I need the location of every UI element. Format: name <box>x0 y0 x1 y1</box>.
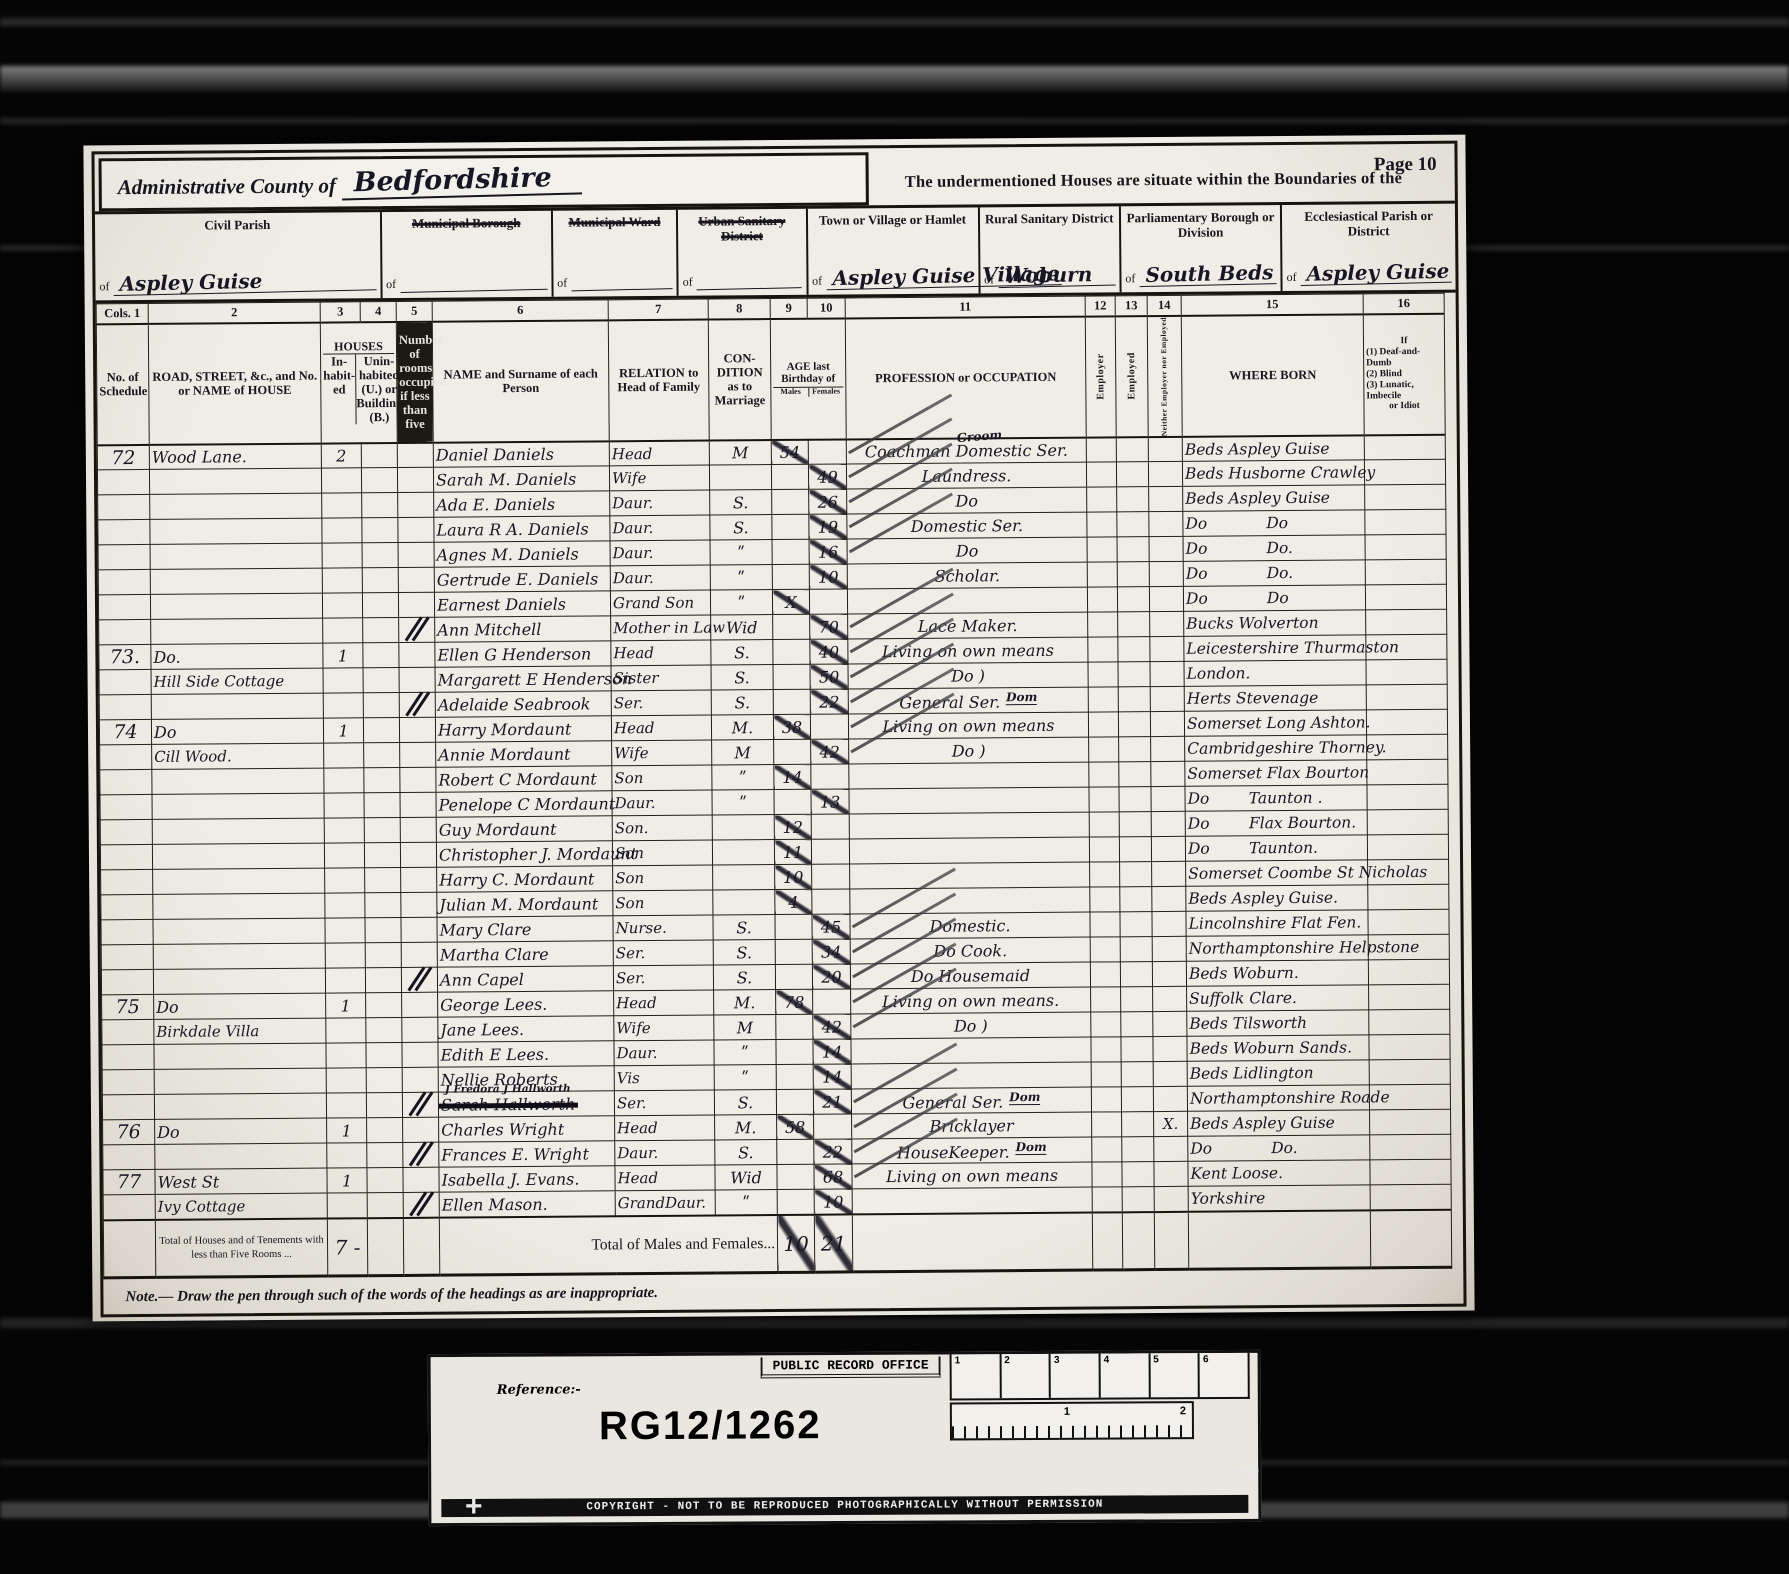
neither-cell <box>1150 687 1184 712</box>
address <box>150 568 322 594</box>
houses-uninhabited <box>365 918 401 943</box>
age-female: 42 <box>811 739 849 764</box>
age-male: 4 <box>775 890 812 915</box>
age-male <box>774 790 811 815</box>
males-females-label: Total of Males and Females... <box>439 1215 777 1276</box>
rooms-tally-mark <box>410 693 425 717</box>
rooms-cell <box>403 1117 439 1142</box>
marriage-condition: S. <box>713 915 775 940</box>
houses-uninhabited <box>366 1043 402 1068</box>
houses-inhabited <box>322 493 362 518</box>
marriage-condition <box>713 865 775 890</box>
houses-total-value: 7 - <box>327 1218 367 1276</box>
marriage-condition: M <box>712 740 774 765</box>
employed-cell <box>1122 1112 1154 1137</box>
where-born: Beds Woburn Sands. <box>1187 1035 1369 1061</box>
neither-cell <box>1150 662 1184 687</box>
houses-uninhabited <box>364 818 400 843</box>
col-header-name: NAME and Surname of each Person <box>432 320 609 443</box>
where-born: Somerset Coombe St Nicholas <box>1186 860 1368 886</box>
col-header-infirmity: If (1) Deaf-and-Dumb (2) Blind (3) Lunat… <box>1363 313 1445 435</box>
person-name: Christopher J. Mordaunt <box>436 841 612 867</box>
age-male <box>772 490 809 515</box>
marriage-condition <box>713 890 775 915</box>
age-male: 10 <box>775 865 812 890</box>
occupation: Do <box>847 537 1087 564</box>
rooms-cell <box>402 992 438 1017</box>
column-number: 7 <box>608 299 708 320</box>
infirmity-cell <box>1369 1060 1450 1086</box>
schedule-number <box>102 1070 154 1095</box>
neither-cell <box>1151 812 1185 837</box>
empty-cell <box>367 1218 403 1276</box>
houses-uninhabited <box>361 468 397 493</box>
infirmity-cell <box>1366 710 1447 736</box>
age-female: 68 <box>814 1164 852 1189</box>
column-number: 5 <box>396 301 432 321</box>
employed-cell <box>1117 562 1149 587</box>
infirmity-cell <box>1365 510 1446 536</box>
column-number: 10 <box>807 298 845 318</box>
column-number: 4 <box>360 301 396 321</box>
schedule-number <box>100 795 152 820</box>
address <box>152 843 324 869</box>
schedule-number <box>98 520 150 545</box>
where-born: Somerset Long Ashton. <box>1184 710 1366 736</box>
age-female: 14 <box>813 1039 851 1064</box>
relation-to-head: Son <box>612 840 712 866</box>
age-male: 58 <box>777 1115 814 1140</box>
district-box: Municipal Boroughof <box>382 211 554 298</box>
where-born: Cambridgeshire Thorney. <box>1185 735 1367 761</box>
houses-uninhabited <box>365 968 401 993</box>
marriage-condition: Wid <box>715 1165 777 1190</box>
schedule-number <box>101 920 153 945</box>
district-box: Civil ParishofAspley Guise <box>95 212 382 300</box>
person-name: Julian M. Mordaunt <box>437 891 613 917</box>
infirmity-cell <box>1368 935 1449 961</box>
where-born: Do Taunton . <box>1185 785 1367 811</box>
houses-uninhabited <box>367 1193 403 1218</box>
marriage-condition: S. <box>711 640 773 665</box>
rooms-cell <box>399 692 435 717</box>
address <box>154 1068 326 1094</box>
relation-to-head: Ser. <box>614 1090 714 1116</box>
where-born: Beds Woburn. <box>1186 960 1368 986</box>
col-header-employer: Employer <box>1085 316 1116 438</box>
rooms-cell <box>402 1067 438 1092</box>
address <box>151 693 323 719</box>
houses-uninhabited <box>365 893 401 918</box>
column-number: 13 <box>1115 296 1147 316</box>
neither-cell <box>1151 762 1185 787</box>
person-name: J Fredora J HallworthSarah Hallworth <box>438 1091 614 1117</box>
employed-cell <box>1121 1037 1153 1062</box>
rooms-cell <box>402 1092 438 1117</box>
rooms-tally-mark <box>413 1143 428 1167</box>
age-male <box>773 665 810 690</box>
infirmity-cell <box>1369 985 1450 1011</box>
employer-cell <box>1091 1062 1121 1087</box>
employer-cell <box>1092 1162 1122 1187</box>
film-streak <box>0 118 1789 124</box>
district-value: ofAspley Guise Village <box>812 265 974 288</box>
column-number: Cols. 1 <box>96 303 148 323</box>
marriage-condition: Wid <box>711 615 773 640</box>
houses-inhabited <box>326 1043 366 1068</box>
houses-inhabited <box>325 943 365 968</box>
neither-cell <box>1149 562 1183 587</box>
col-header-employed: Employed <box>1115 316 1148 438</box>
occupation: Do ) <box>849 737 1089 764</box>
column-number: 8 <box>708 299 770 319</box>
person-name: Daniel Daniels <box>433 441 609 467</box>
marriage-condition: ʺ <box>710 565 772 590</box>
age-male <box>772 515 809 540</box>
houses-total-label: Total of Houses and of Tenements with le… <box>155 1218 327 1277</box>
empty-cell <box>403 1217 439 1275</box>
district-label: Town or Village or Hamlet <box>812 212 974 228</box>
where-born: Beds Husborne Crawley <box>1182 460 1364 486</box>
neither-cell <box>1154 1187 1188 1212</box>
person-name: Mary Clare <box>437 916 613 942</box>
schedule-number: 75 <box>102 995 154 1020</box>
employer-cell <box>1088 637 1118 662</box>
age-female: 20 <box>812 964 850 989</box>
relation-to-head: Son <box>612 765 712 791</box>
employer-cell <box>1087 487 1117 512</box>
person-name: Laura R A. Daniels <box>434 516 610 542</box>
col-header-where-born: WHERE BORN <box>1181 314 1364 437</box>
age-male: 54 <box>771 440 808 465</box>
film-streak <box>0 66 1789 92</box>
address: Ivy Cottage <box>155 1193 327 1219</box>
age-female: 49 <box>808 464 846 489</box>
age-male <box>773 640 810 665</box>
rooms-cell <box>399 617 435 642</box>
district-value: ofAspley Guise <box>1286 262 1451 285</box>
relation-to-head: Daur. <box>610 515 710 541</box>
employer-cell <box>1091 1012 1121 1037</box>
employed-cell <box>1117 512 1149 537</box>
employer-cell <box>1092 1137 1122 1162</box>
age-female: 14 <box>813 1064 851 1089</box>
schedule-number <box>98 570 150 595</box>
houses-inhabited <box>324 768 364 793</box>
occupation: Scholar. <box>847 562 1087 589</box>
infirmity-cell <box>1370 1185 1451 1211</box>
administrative-county-box: Administrative County of Bedfordshire <box>99 152 869 211</box>
where-born: Do Do. <box>1183 535 1365 561</box>
where-born: Northamptonshire Helpstone <box>1186 935 1368 961</box>
age-male: 14 <box>774 765 811 790</box>
person-name: Ann Capel <box>437 966 613 992</box>
marriage-condition: ʺ <box>712 765 774 790</box>
rooms-cell <box>400 742 436 767</box>
form-frame: Administrative County of Bedfordshire Th… <box>91 141 1466 1318</box>
age-female <box>814 1114 852 1139</box>
where-born: Kent Loose. <box>1188 1160 1370 1186</box>
ruler-number: 2 <box>1180 1405 1186 1417</box>
person-name: Margarett E Henderson <box>435 666 611 692</box>
address <box>153 968 325 994</box>
schedule-number <box>101 945 153 970</box>
neither-cell <box>1150 612 1184 637</box>
occupation-domestic-note: Dom <box>1006 690 1037 705</box>
person-name: Frances E. Wright <box>439 1141 615 1167</box>
age-male <box>777 1190 814 1215</box>
relation-to-head: Sister <box>611 665 711 691</box>
houses-uninhabited <box>362 518 398 543</box>
where-born: Northamptonshire Roade <box>1187 1085 1369 1111</box>
houses-uninhabited <box>364 793 400 818</box>
age-male <box>776 1040 813 1065</box>
address: Wood Lane. <box>149 443 321 469</box>
address <box>151 618 323 644</box>
houses-inhabited <box>326 1093 366 1118</box>
registration-mark: + <box>465 1490 483 1524</box>
relation-to-head: Head <box>614 990 714 1016</box>
houses-inhabited <box>325 968 365 993</box>
address <box>153 893 325 919</box>
age-female: 22 <box>810 689 848 714</box>
age-female: 70 <box>810 614 848 639</box>
employed-cell <box>1120 962 1152 987</box>
houses-inhabited <box>323 668 363 693</box>
where-born: Lincolnshire Flat Fen. <box>1186 910 1368 936</box>
infirmity-cell <box>1365 535 1446 561</box>
address: Cill Wood. <box>152 743 324 769</box>
infirmity-cell <box>1368 885 1449 911</box>
infirmity-cell <box>1367 810 1448 836</box>
houses-inhabited: 1 <box>323 718 363 743</box>
person-name-struck: Sarah Hallworth <box>441 1094 576 1114</box>
houses-inhabited <box>324 843 364 868</box>
where-born: Suffolk Clare. <box>1187 985 1369 1011</box>
relation-to-head: Head <box>609 440 709 466</box>
where-born: Yorkshire <box>1188 1185 1370 1211</box>
empty-cell <box>1188 1210 1370 1269</box>
column-number: 3 <box>320 302 360 322</box>
age-male: 38 <box>773 715 810 740</box>
marriage-condition: ʺ <box>714 1040 776 1065</box>
neither-cell <box>1149 487 1183 512</box>
houses-uninhabited <box>366 993 402 1018</box>
neither-cell <box>1152 962 1186 987</box>
census-table-body: 72Wood Lane.2Daniel DanielsHeadM54GroomC… <box>97 435 1451 1221</box>
age-female <box>811 764 849 789</box>
form-topbar: Administrative County of Bedfordshire Th… <box>94 144 1454 215</box>
rooms-cell <box>399 717 435 742</box>
infirmity-cell <box>1364 460 1445 486</box>
public-record-office-label: PUBLIC RECORD OFFICE <box>761 1356 941 1378</box>
relation-to-head: GrandDaur. <box>615 1190 715 1216</box>
marriage-condition: S. <box>714 1090 776 1115</box>
person-name: Agnes M. Daniels <box>434 541 610 567</box>
marriage-condition: S. <box>713 940 775 965</box>
males-total: 10 <box>777 1215 814 1273</box>
neither-cell <box>1152 887 1186 912</box>
ruler-number: 1 <box>1064 1406 1070 1418</box>
address <box>153 918 325 944</box>
address <box>152 793 324 819</box>
rooms-cell <box>398 543 434 568</box>
district-label: Rural Sanitary District <box>984 211 1115 227</box>
rooms-cell <box>400 767 436 792</box>
person-name: Sarah M. Daniels <box>433 466 609 492</box>
relation-to-head: Daur. <box>615 1140 715 1166</box>
where-born: Do Do. <box>1183 560 1365 586</box>
where-born: Beds Aspley Guise <box>1182 435 1364 461</box>
occupation: Living on own means <box>852 1162 1092 1189</box>
employed-cell <box>1122 1162 1154 1187</box>
houses-uninhabited <box>364 743 400 768</box>
houses-inhabited <box>322 518 362 543</box>
undermentioned-text: The undermentioned Houses are situate wi… <box>868 144 1402 205</box>
neither-cell <box>1150 637 1184 662</box>
marriage-condition: ʺ <box>715 1190 777 1215</box>
rooms-cell <box>401 967 437 992</box>
age-female <box>812 889 850 914</box>
district-box: Rural Sanitary DistrictofWoburn <box>979 206 1121 293</box>
schedule-number <box>102 1020 154 1045</box>
person-name: Charles Wright <box>439 1116 615 1142</box>
where-born: Do Do. <box>1188 1135 1370 1161</box>
reference-number: RG12/1262 <box>599 1403 822 1449</box>
occupation-domestic-note: Dom <box>1016 1140 1047 1155</box>
microfilm-background: Administrative County of Bedfordshire Th… <box>0 0 1789 1574</box>
schedule-number <box>99 620 151 645</box>
infirmity-cell <box>1367 785 1448 811</box>
totals-margin <box>103 1220 155 1278</box>
infirmity-cell <box>1367 835 1448 861</box>
infirmity-cell <box>1368 910 1449 936</box>
registration-mark: + <box>1242 1455 1260 1489</box>
age-male <box>771 465 808 490</box>
district-box: Ecclesiastical Parish or DistrictofAsple… <box>1282 204 1456 291</box>
houses-inhabited <box>326 1068 366 1093</box>
infirmity-cell <box>1367 760 1448 786</box>
page-number: Page 10 <box>1374 154 1437 176</box>
col-header-schedule: No. of Schedule <box>96 323 149 445</box>
col-header-road: ROAD, STREET, &c., and No. or NAME of HO… <box>148 322 321 445</box>
age-male: 12 <box>774 815 811 840</box>
column-number: 15 <box>1181 294 1363 315</box>
admin-county-label: Administrative County of <box>118 173 336 200</box>
infirmity-cell <box>1370 1160 1451 1186</box>
schedule-number <box>98 595 150 620</box>
employed-cell <box>1120 887 1152 912</box>
relation-to-head: Wife <box>609 465 709 491</box>
person-name: Gertrude E. Daniels <box>434 566 610 592</box>
houses-uninhabited <box>367 1118 403 1143</box>
houses-inhabited <box>325 918 365 943</box>
rooms-tally-mark <box>414 1193 429 1217</box>
district-label: Ecclesiastical Parish or District <box>1286 209 1451 240</box>
ruler-number: 4 <box>1101 1353 1151 1397</box>
pro-reference-strip: PUBLIC RECORD OFFICE Reference:- RG12/12… <box>428 1350 1262 1526</box>
houses-uninhabited <box>363 668 399 693</box>
reference-label: Reference:- <box>497 1382 581 1397</box>
houses-uninhabited <box>362 568 398 593</box>
rooms-cell <box>399 667 435 692</box>
infirmity-cell <box>1367 735 1448 761</box>
age-female: 13 <box>811 789 849 814</box>
employer-cell <box>1086 437 1116 462</box>
where-born: Beds Tilsworth <box>1187 1010 1369 1036</box>
age-female <box>810 714 848 739</box>
col-header-occupation: PROFESSION or OCCUPATION <box>845 316 1086 439</box>
district-box: Town or Village or HamletofAspley Guise … <box>807 207 980 294</box>
rooms-cell <box>403 1142 439 1167</box>
relation-to-head: Daur. <box>610 490 710 516</box>
neither-cell <box>1153 1062 1187 1087</box>
age-female <box>812 864 850 889</box>
houses-uninhabited <box>363 693 399 718</box>
address <box>149 468 321 494</box>
marriage-condition: ʺ <box>714 1065 776 1090</box>
age-male <box>776 1090 813 1115</box>
col-header-condition: CON-DITION as to Marriage <box>708 319 771 441</box>
infirmity-cell <box>1364 435 1445 461</box>
infirmity-cell <box>1366 635 1447 661</box>
ruler-scale-bottom: 1 2 <box>950 1401 1194 1440</box>
females-total: 21 <box>814 1214 852 1272</box>
address <box>155 1143 327 1169</box>
district-value: of <box>386 276 547 292</box>
ruler-number: 5 <box>1150 1353 1200 1397</box>
age-male <box>773 690 810 715</box>
employer-cell <box>1092 1187 1122 1212</box>
rooms-cell <box>400 842 436 867</box>
houses-uninhabited <box>362 493 398 518</box>
employer-cell <box>1088 712 1118 737</box>
address <box>154 1043 326 1069</box>
houses-inhabited <box>322 568 362 593</box>
houses-inhabited <box>322 543 362 568</box>
rooms-tally-mark <box>409 618 424 642</box>
employer-cell <box>1090 887 1120 912</box>
infirmity-cell <box>1369 1035 1450 1061</box>
employed-cell <box>1120 937 1152 962</box>
schedule-number <box>102 1095 154 1120</box>
employed-cell <box>1118 712 1150 737</box>
marriage-condition: S. <box>710 490 772 515</box>
employed-cell <box>1121 987 1153 1012</box>
age-male <box>776 1065 813 1090</box>
marriage-condition: S. <box>710 515 772 540</box>
col-header-rooms: Number of rooms occupied if less than fi… <box>396 321 433 443</box>
address <box>150 543 322 569</box>
neither-cell <box>1148 462 1182 487</box>
ruler-scale-top: 123456 <box>950 1353 1250 1401</box>
relation-to-head: Head <box>615 1115 715 1141</box>
age-female: 19 <box>809 514 847 539</box>
relation-to-head: Grand Son <box>610 590 710 616</box>
occupation-text: Do ) <box>952 741 986 760</box>
infirmity-cell <box>1365 585 1446 611</box>
empty-cell <box>1092 1212 1122 1270</box>
address <box>150 493 322 519</box>
employed-cell <box>1117 587 1149 612</box>
schedule-number: 73. <box>99 645 151 670</box>
district-box: Parliamentary Borough or DivisionofSouth… <box>1121 205 1283 292</box>
employed-cell <box>1122 1137 1154 1162</box>
employed-cell <box>1122 1187 1154 1212</box>
age-female <box>813 989 851 1014</box>
marriage-condition: ʺ <box>710 590 772 615</box>
where-born: Leicestershire Thurmaston <box>1184 635 1366 661</box>
